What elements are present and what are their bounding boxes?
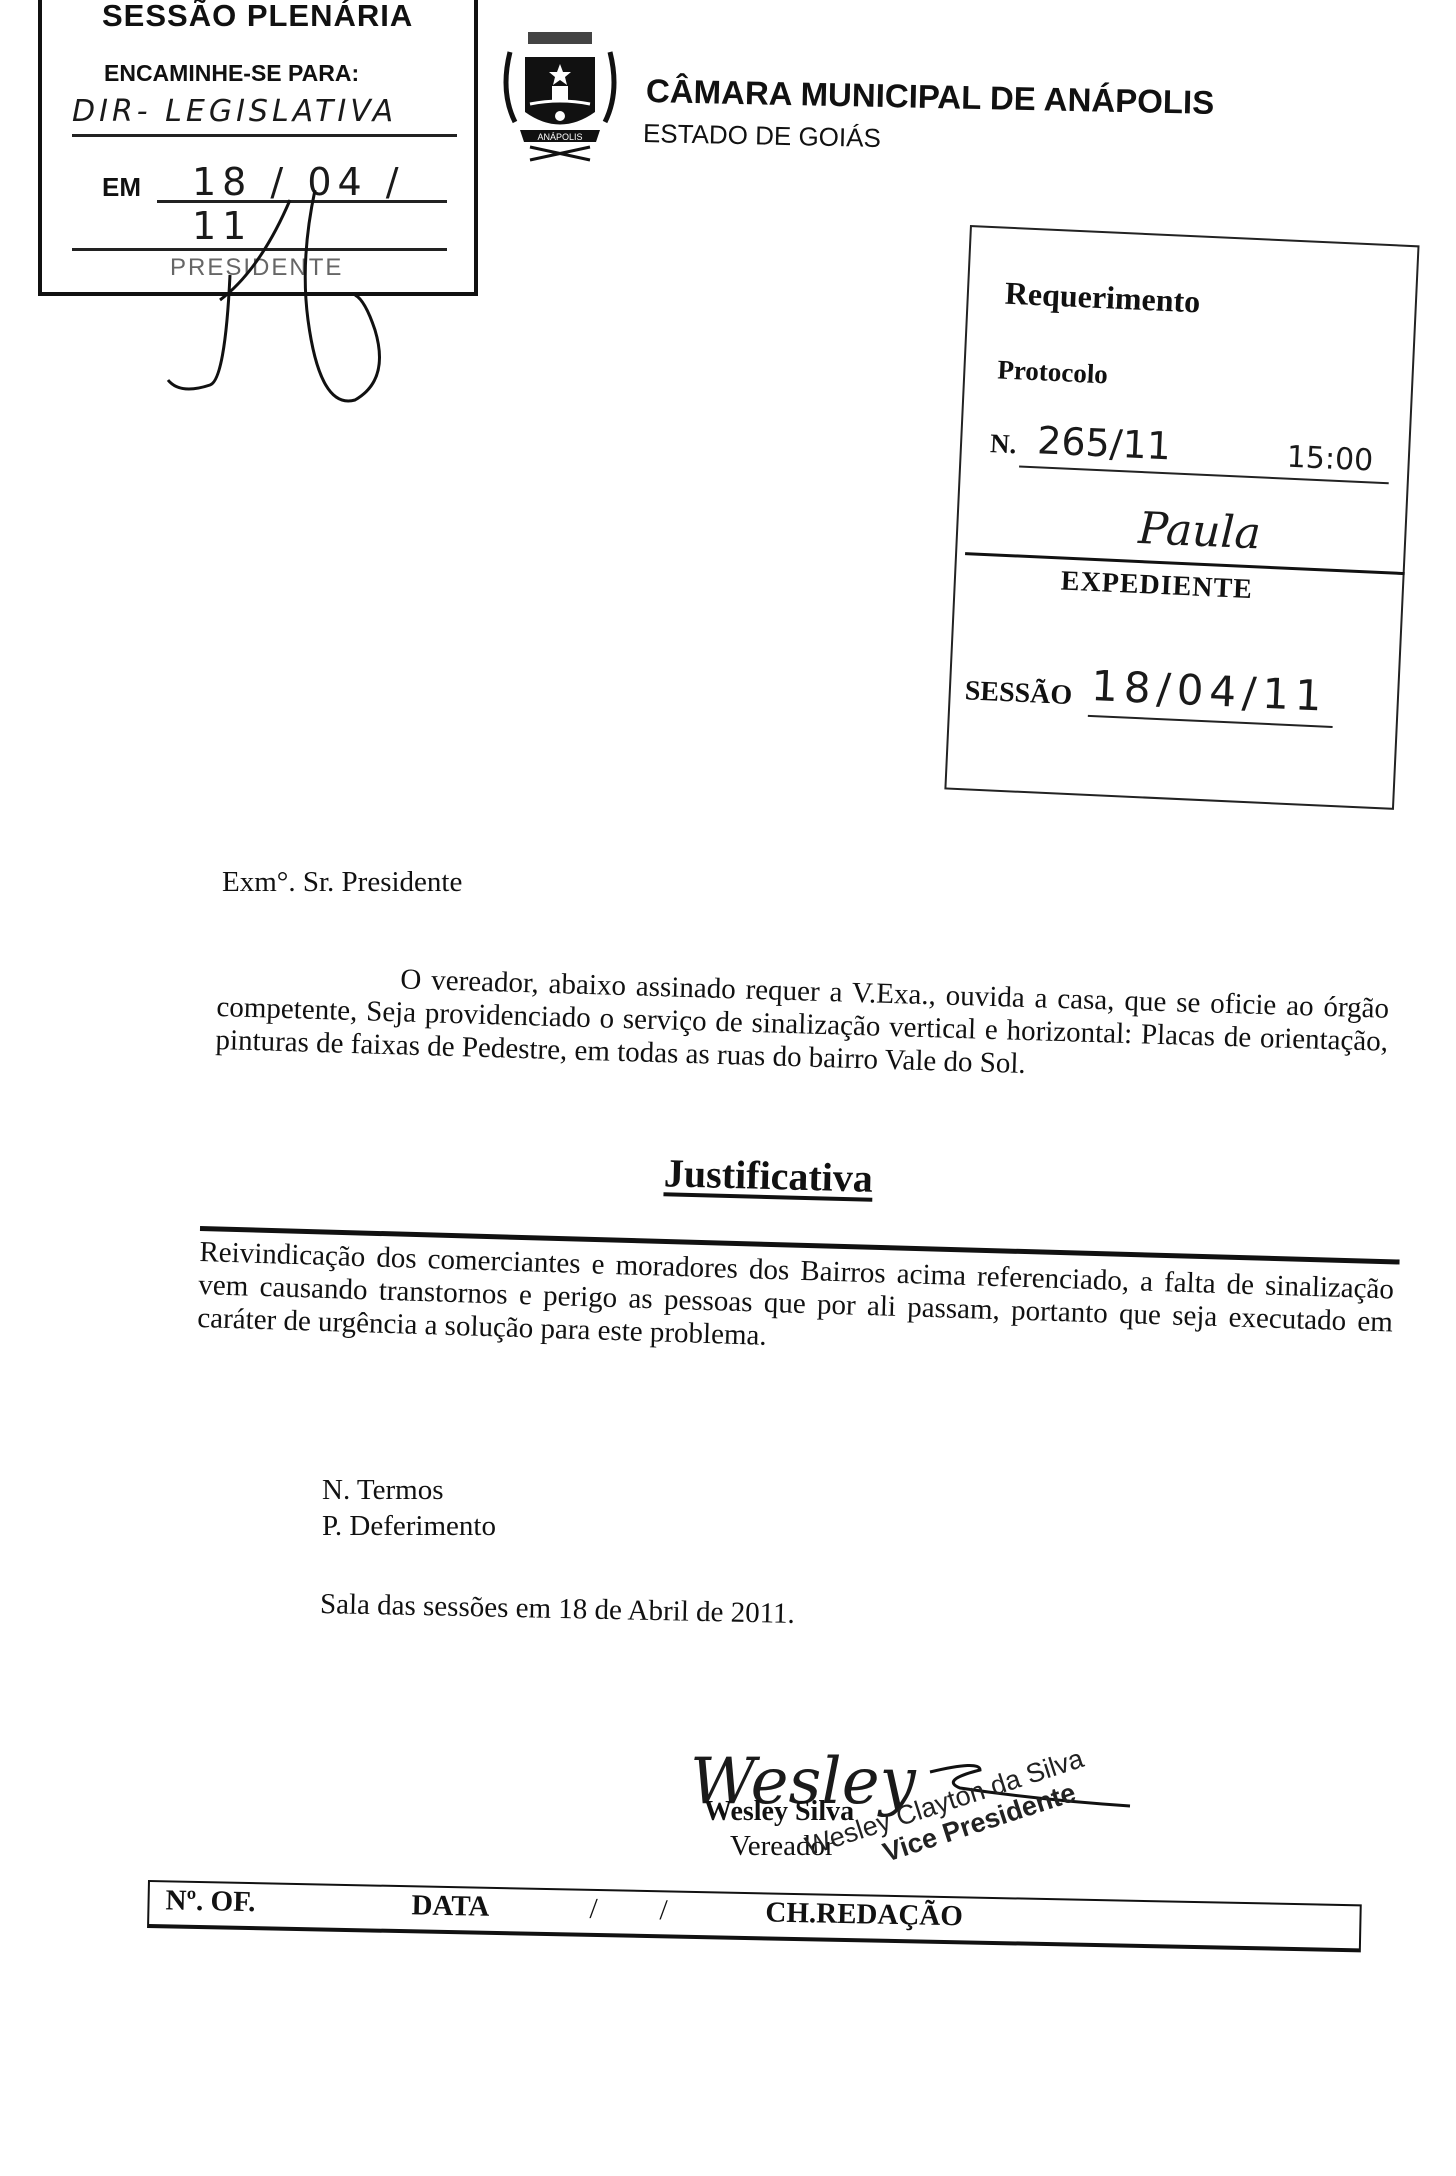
closing: N. Termos P. Deferimento <box>322 1472 496 1544</box>
svg-text:ANÁPOLIS: ANÁPOLIS <box>537 132 582 142</box>
office-routing-box: Nº. OF. DATA / / CH.REDAÇÃO <box>147 1880 1362 1952</box>
footer-date-sep: / <box>659 1894 668 1927</box>
justification-title: Justificativa <box>663 1149 873 1201</box>
protocol-time-handwritten: 15:00 <box>1286 440 1374 479</box>
stamp-forward-line <box>72 134 457 137</box>
coat-of-arms-icon: ANÁPOLIS <box>500 12 620 162</box>
session-label: SESSÃO <box>964 675 1073 712</box>
protocol-signature: Paula <box>1137 503 1262 560</box>
president-signature <box>150 180 410 420</box>
protocol-label: Protocolo <box>997 354 1109 390</box>
expediente-label: EXPEDIENTE <box>1060 566 1253 607</box>
closing-terms: N. Termos <box>322 1472 496 1508</box>
salutation: Exm°. Sr. Presidente <box>222 866 462 899</box>
footer-redaction-label: CH.REDAÇÃO <box>765 1896 963 1933</box>
header-title: CÂMARA MUNICIPAL DE ANÁPOLIS <box>646 72 1215 122</box>
protocol-box-title: Requerimento <box>1004 275 1201 321</box>
session-date-handwritten: 18/04/11 <box>1090 661 1329 721</box>
stamp-forward-label: ENCAMINHE-SE PARA: <box>104 60 359 87</box>
protocol-number-handwritten: 265/11 <box>1036 418 1172 468</box>
footer-date-label: DATA <box>411 1889 490 1924</box>
header-subtitle: ESTADO DE GOIÁS <box>643 118 882 154</box>
footer-number-label: Nº. OF. <box>165 1884 256 1919</box>
place-date: Sala das sessões em 18 de Abril de 2011. <box>320 1588 796 1631</box>
closing-deferimento: P. Deferimento <box>322 1508 496 1544</box>
stamp-title: SESSÃO PLENÁRIA <box>102 0 413 34</box>
protocol-number-label: N. <box>989 428 1017 460</box>
protocol-box: Requerimento Protocolo N. 265/11 15:00 P… <box>944 225 1419 810</box>
stamp-forward-handwritten: DIR- LEGISLATIVA <box>72 94 397 129</box>
footer-date-sep: / <box>589 1893 598 1926</box>
stamp-date-label: EM <box>102 172 141 203</box>
request-paragraph: O vereador, abaixo assinado requer a V.E… <box>215 958 1389 1092</box>
